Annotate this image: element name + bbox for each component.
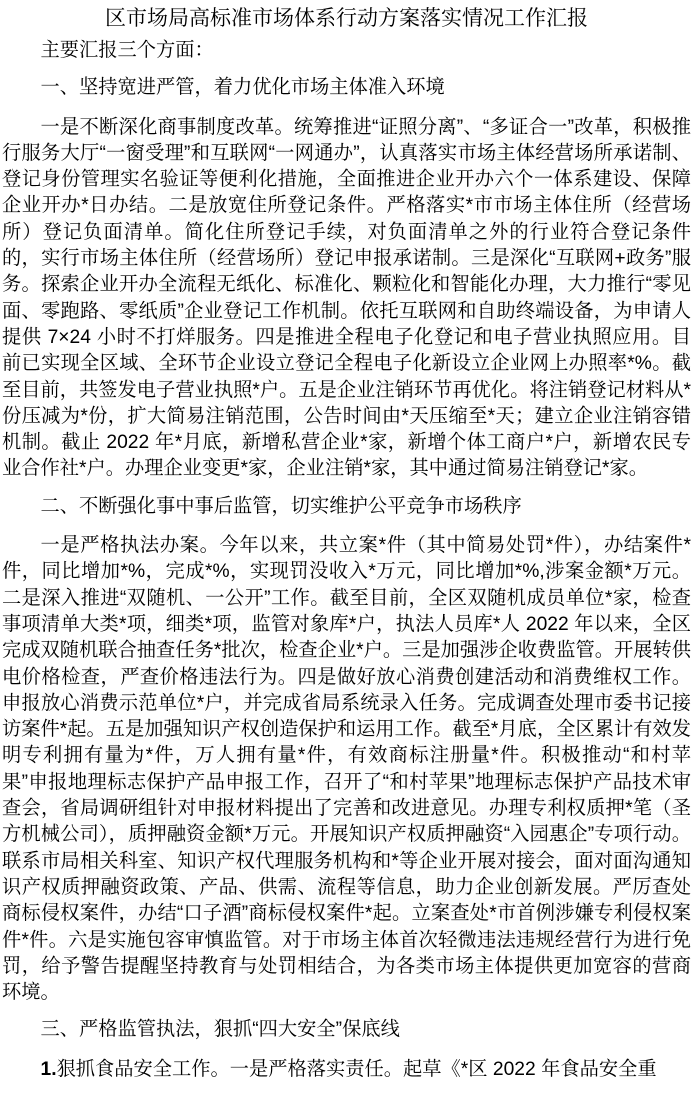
- section-2-body: 一是严格执法办案。今年以来，共立案*件（其中简易处罚*件），办结案件*件，同比增…: [2, 533, 691, 1006]
- item-number: 1.: [41, 1059, 57, 1080]
- section-3-body: 1.狠抓食品安全工作。一是严格落实责任。起草《*区 2022 年食品安全重: [2, 1057, 691, 1083]
- document-page: 区市场局高标准市场体系行动方案落实情况工作汇报 主要汇报三个方面： 一、坚持宽进…: [0, 0, 693, 1083]
- section-1-body: 一是不断深化商事制度改革。统筹推进“证照分离”、“多证合一”改革，积极推行服务大…: [2, 115, 691, 483]
- item-text: 狠抓食品安全工作。一是严格落实责任。起草《*区 2022 年食品安全重: [57, 1059, 657, 1080]
- section-3-heading: 三、严格监管执法，狠抓“四大安全”保底线: [2, 1017, 691, 1043]
- section-2-heading: 二、不断强化事中事后监管，切实维护公平竞争市场秩序: [2, 494, 691, 520]
- document-title: 区市场局高标准市场体系行动方案落实情况工作汇报: [2, 6, 691, 32]
- section-1-heading: 一、坚持宽进严管，着力优化市场主体准入环境: [2, 75, 691, 101]
- intro-paragraph: 主要汇报三个方面：: [2, 38, 691, 64]
